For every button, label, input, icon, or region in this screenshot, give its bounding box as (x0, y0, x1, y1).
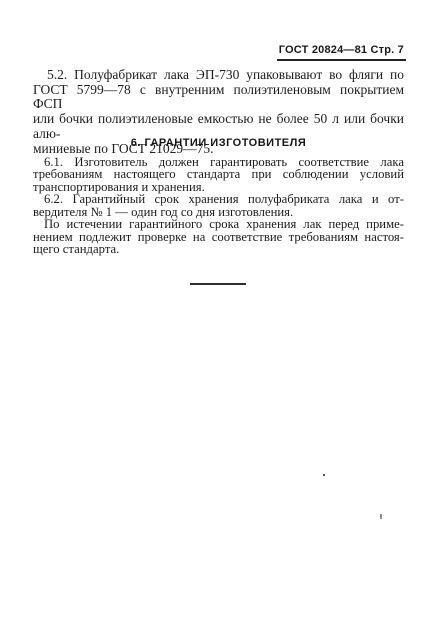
section-6-body: 6.1. Изготовитель должен гарантировать с… (33, 156, 404, 256)
paragraph-expiry-line: По истечении гарантийного срока хранения… (33, 218, 404, 230)
paragraph-5-2-line: 5.2. Полуфабрикат лака ЭП-730 упаковываю… (33, 68, 404, 83)
paragraph-6-2: 6.2. Гарантийный срок хранения полуфабри… (33, 193, 404, 218)
document-page: ГОСТ 20824—81 Стр. 7 5.2. Полуфабрикат л… (0, 0, 427, 633)
paragraph-expiry-line: щего стандарта. (33, 243, 404, 255)
end-of-text-divider (190, 283, 246, 285)
paragraph-5-2-line: ГОСТ 5799—78 с внутренним полиэтиленовым… (33, 83, 404, 112)
paragraph-6-2-line: 6.2. Гарантийный срок хранения полуфабри… (33, 193, 404, 205)
paragraph-6-1: 6.1. Изготовитель должен гарантировать с… (33, 156, 404, 193)
scan-speck (323, 474, 325, 476)
section-6-heading: 6. ГАРАНТИИ ИЗГОТОВИТЕЛЯ (33, 137, 404, 149)
running-header: ГОСТ 20824—81 Стр. 7 (277, 44, 406, 61)
scan-speck (380, 514, 382, 519)
paragraph-expiry: По истечении гарантийного срока хранения… (33, 218, 404, 255)
